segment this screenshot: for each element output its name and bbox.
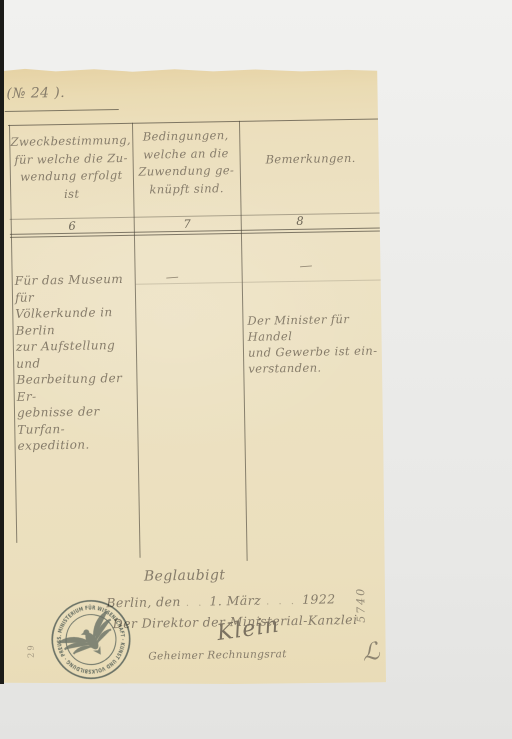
purpose-line: Völkerkunde in Berlin — [15, 304, 135, 339]
col7-header-line: Bedingungen, — [133, 127, 238, 146]
remarks-cell: Der Minister für Handel und Gewerbe ist … — [247, 310, 384, 376]
purpose-line: zur Aufstellung und — [16, 337, 136, 372]
cert-date: 1. März — [209, 593, 261, 609]
cert-year: 1922 — [302, 591, 336, 607]
margin-pencil-note: 29 — [26, 643, 36, 658]
remarks-dash-wrap: — — [299, 259, 313, 274]
col8-number: 8 — [243, 213, 358, 229]
remarks-line: und Gewerbe ist ein- — [248, 342, 384, 360]
table-divider-col7-col8 — [239, 121, 248, 561]
margin-number-5740: 5740 — [354, 575, 369, 635]
col7-header-line: welche an die — [133, 144, 238, 163]
cert-dots-1: . . — [186, 598, 205, 609]
col6-header-line: wendung erfolgt — [11, 167, 132, 187]
page-content: (№ 24 ). Zweckbestimmung, für welche die… — [4, 61, 393, 684]
purpose-line: expedition. — [17, 436, 136, 455]
document-page: (№ 24 ). Zweckbestimmung, für welche die… — [2, 68, 386, 684]
remarks-dash-mark: — — [299, 258, 313, 274]
signer-title: Geheimer Rechnungsrat — [148, 648, 287, 662]
table-top-border — [8, 118, 383, 126]
signature-wrap: Klein — [217, 616, 280, 642]
note-underline — [5, 109, 119, 112]
purpose-line: gebnisse der Turfan- — [17, 403, 137, 438]
col6-header-line: für welche die Zu- — [10, 149, 131, 169]
col6-header: Zweckbestimmung, für welche die Zu- wend… — [10, 132, 132, 204]
col7-header: Bedingungen, welche an die Zuwendung ge-… — [133, 127, 239, 199]
col8-header: Bemerkungen. — [241, 149, 379, 169]
col7-header-line: Zuwendung ge- — [134, 162, 239, 181]
remarks-line: verstanden. — [248, 358, 384, 376]
page-number-note: (№ 24 ). — [6, 85, 65, 102]
col7-header-line: knüpft sind. — [134, 179, 239, 198]
col6-number: 6 — [12, 218, 133, 234]
margin-paraph: ℒ — [361, 637, 382, 667]
purpose-line: Bearbeitung der Er- — [16, 370, 136, 405]
col8-header-line: Bemerkungen. — [241, 149, 379, 169]
purpose-line: Für das Museum für — [15, 271, 135, 306]
purpose-cell: Für das Museum für Völkerkunde in Berlin… — [15, 271, 137, 455]
remarks-line: Der Minister für Handel — [247, 310, 384, 344]
certification-date-line: Berlin, den . . 1. März . . . 1922 — [106, 588, 366, 612]
signature: Klein — [215, 613, 281, 646]
certification-heading: Beglaubigt — [144, 567, 226, 584]
col6-header-line: Zweckbestimmung, — [10, 132, 131, 152]
cert-dots-2: . . . — [266, 596, 297, 608]
scan-edge-strip — [0, 0, 4, 684]
col6-header-line: ist — [11, 184, 132, 204]
col7-number: 7 — [135, 216, 240, 232]
